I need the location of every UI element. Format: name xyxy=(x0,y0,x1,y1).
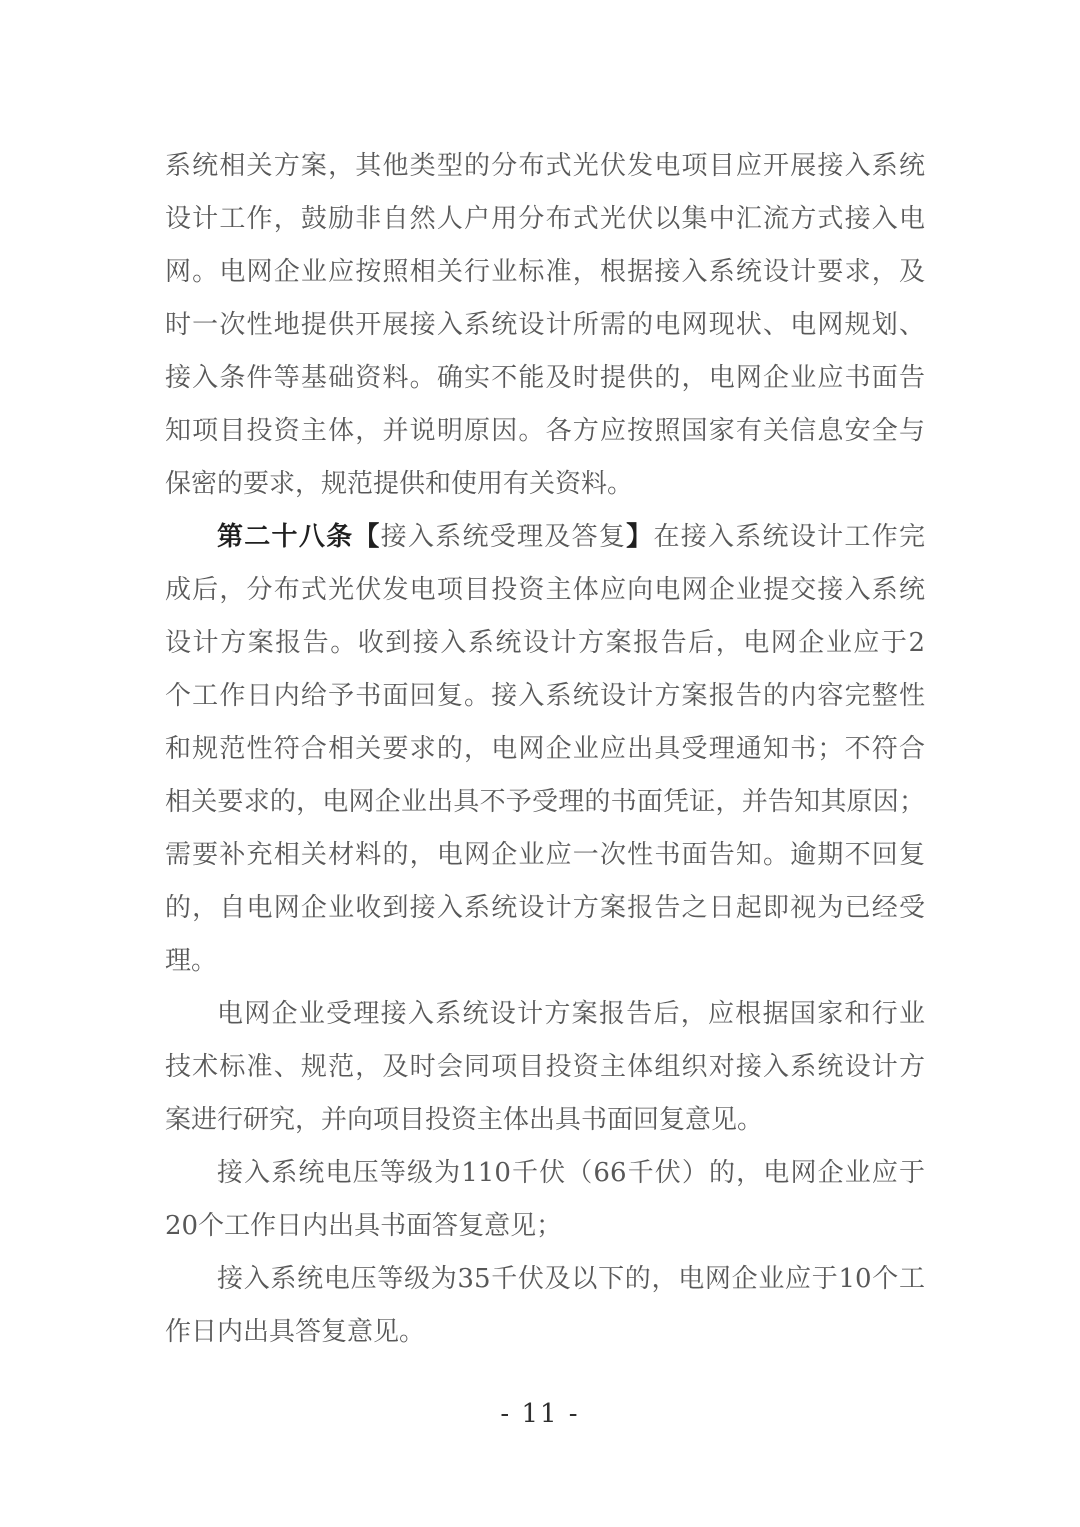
text-run: 接入系统电压等级为35千伏及以下的，电网企业应于10个工 xyxy=(217,1264,925,1294)
article-heading-bold-run: 】 xyxy=(626,522,653,552)
text-run: 成后，分布式光伏发电项目投资主体应向电网企业提交接入系统 xyxy=(165,575,925,605)
page-number: - 11 - xyxy=(500,1399,579,1429)
text-line: 时一次性地提供开展接入系统设计所需的电网现状、电网规划、 xyxy=(165,299,925,352)
text-run: 设计工作，鼓励非自然人户用分布式光伏以集中汇流方式接入电 xyxy=(165,204,925,234)
text-line: 电网企业受理接入系统设计方案报告后，应根据国家和行业 xyxy=(165,988,925,1041)
paragraph-continuation: 系统相关方案，其他类型的分布式光伏发电项目应开展接入系统设计工作，鼓励非自然人户… xyxy=(165,140,925,511)
text-line: 知项目投资主体，并说明原因。各方应按照国家有关信息安全与 xyxy=(165,405,925,458)
text-line: 需要补充相关材料的，电网企业应一次性书面告知。逾期不回复 xyxy=(165,829,925,882)
text-run: 20个工作日内出具书面答复意见； xyxy=(165,1211,562,1241)
text-line: 系统相关方案，其他类型的分布式光伏发电项目应开展接入系统 xyxy=(165,140,925,193)
page-footer: - 11 - xyxy=(0,1399,1080,1429)
text-line: 接入系统电压等级为35千伏及以下的，电网企业应于10个工 xyxy=(165,1253,925,1306)
text-run: 和规范性符合相关要求的，电网企业应出具受理通知书；不符合 xyxy=(165,734,925,764)
text-run: 接入系统电压等级为110千伏（66千伏）的，电网企业应于 xyxy=(217,1158,925,1188)
article-heading-bold-run: 【 xyxy=(353,522,380,552)
text-line: 保密的要求，规范提供和使用有关资料。 xyxy=(165,458,925,511)
text-line: 接入条件等基础资料。确实不能及时提供的，电网企业应书面告 xyxy=(165,352,925,405)
paragraph-voltage-110kv: 接入系统电压等级为110千伏（66千伏）的，电网企业应于20个工作日内出具书面答… xyxy=(165,1147,925,1253)
text-run: 网。电网企业应按照相关行业标准，根据接入系统设计要求，及 xyxy=(165,257,925,287)
text-run: 技术标准、规范，及时会同项目投资主体组织对接入系统设计方 xyxy=(165,1052,925,1082)
text-run: 系统相关方案，其他类型的分布式光伏发电项目应开展接入系统 xyxy=(165,151,925,181)
text-line: 的，自电网企业收到接入系统设计方案报告之日起即视为已经受 xyxy=(165,882,925,935)
text-run: 的，自电网企业收到接入系统设计方案报告之日起即视为已经受 xyxy=(165,893,925,923)
text-line: 设计工作，鼓励非自然人户用分布式光伏以集中汇流方式接入电 xyxy=(165,193,925,246)
text-run: 需要补充相关材料的，电网企业应一次性书面告知。逾期不回复 xyxy=(165,840,925,870)
text-line: 作日内出具答复意见。 xyxy=(165,1306,925,1359)
text-run: 案进行研究，并向项目投资主体出具书面回复意见。 xyxy=(165,1105,763,1135)
paragraph-acceptance-review: 电网企业受理接入系统设计方案报告后，应根据国家和行业技术标准、规范，及时会同项目… xyxy=(165,988,925,1147)
paragraph-voltage-35kv: 接入系统电压等级为35千伏及以下的，电网企业应于10个工作日内出具答复意见。 xyxy=(165,1253,925,1359)
text-line: 和规范性符合相关要求的，电网企业应出具受理通知书；不符合 xyxy=(165,723,925,776)
text-line: 20个工作日内出具书面答复意见； xyxy=(165,1200,925,1253)
text-run: 电网企业受理接入系统设计方案报告后，应根据国家和行业 xyxy=(217,999,925,1029)
text-line: 第二十八条【接入系统受理及答复】在接入系统设计工作完 xyxy=(165,511,925,564)
text-run: 作日内出具答复意见。 xyxy=(165,1317,425,1347)
document-page: 系统相关方案，其他类型的分布式光伏发电项目应开展接入系统设计工作，鼓励非自然人户… xyxy=(0,0,1080,1527)
text-line: 设计方案报告。收到接入系统设计方案报告后，电网企业应于2 xyxy=(165,617,925,670)
text-run: 接入系统受理及答复 xyxy=(381,522,627,552)
text-run: 理。 xyxy=(165,946,217,976)
article-heading-bold-run: 第二十八条 xyxy=(217,522,353,552)
document-body: 系统相关方案，其他类型的分布式光伏发电项目应开展接入系统设计工作，鼓励非自然人户… xyxy=(165,140,925,1359)
text-line: 个工作日内给予书面回复。接入系统设计方案报告的内容完整性 xyxy=(165,670,925,723)
paragraph-article-28: 第二十八条【接入系统受理及答复】在接入系统设计工作完成后，分布式光伏发电项目投资… xyxy=(165,511,925,988)
text-line: 案进行研究，并向项目投资主体出具书面回复意见。 xyxy=(165,1094,925,1147)
text-run: 个工作日内给予书面回复。接入系统设计方案报告的内容完整性 xyxy=(165,681,925,711)
text-line: 技术标准、规范，及时会同项目投资主体组织对接入系统设计方 xyxy=(165,1041,925,1094)
text-line: 理。 xyxy=(165,935,925,988)
text-line: 成后，分布式光伏发电项目投资主体应向电网企业提交接入系统 xyxy=(165,564,925,617)
text-line: 网。电网企业应按照相关行业标准，根据接入系统设计要求，及 xyxy=(165,246,925,299)
text-run: 保密的要求，规范提供和使用有关资料。 xyxy=(165,469,633,499)
text-run: 在接入系统设计工作完 xyxy=(653,522,925,552)
text-run: 知项目投资主体，并说明原因。各方应按照国家有关信息安全与 xyxy=(165,416,925,446)
text-line: 接入系统电压等级为110千伏（66千伏）的，电网企业应于 xyxy=(165,1147,925,1200)
text-run: 时一次性地提供开展接入系统设计所需的电网现状、电网规划、 xyxy=(165,310,925,340)
text-run: 接入条件等基础资料。确实不能及时提供的，电网企业应书面告 xyxy=(165,363,925,393)
text-line: 相关要求的，电网企业出具不予受理的书面凭证，并告知其原因； xyxy=(165,776,925,829)
text-run: 相关要求的，电网企业出具不予受理的书面凭证，并告知其原因； xyxy=(165,787,925,817)
text-run: 设计方案报告。收到接入系统设计方案报告后，电网企业应于2 xyxy=(165,628,925,658)
